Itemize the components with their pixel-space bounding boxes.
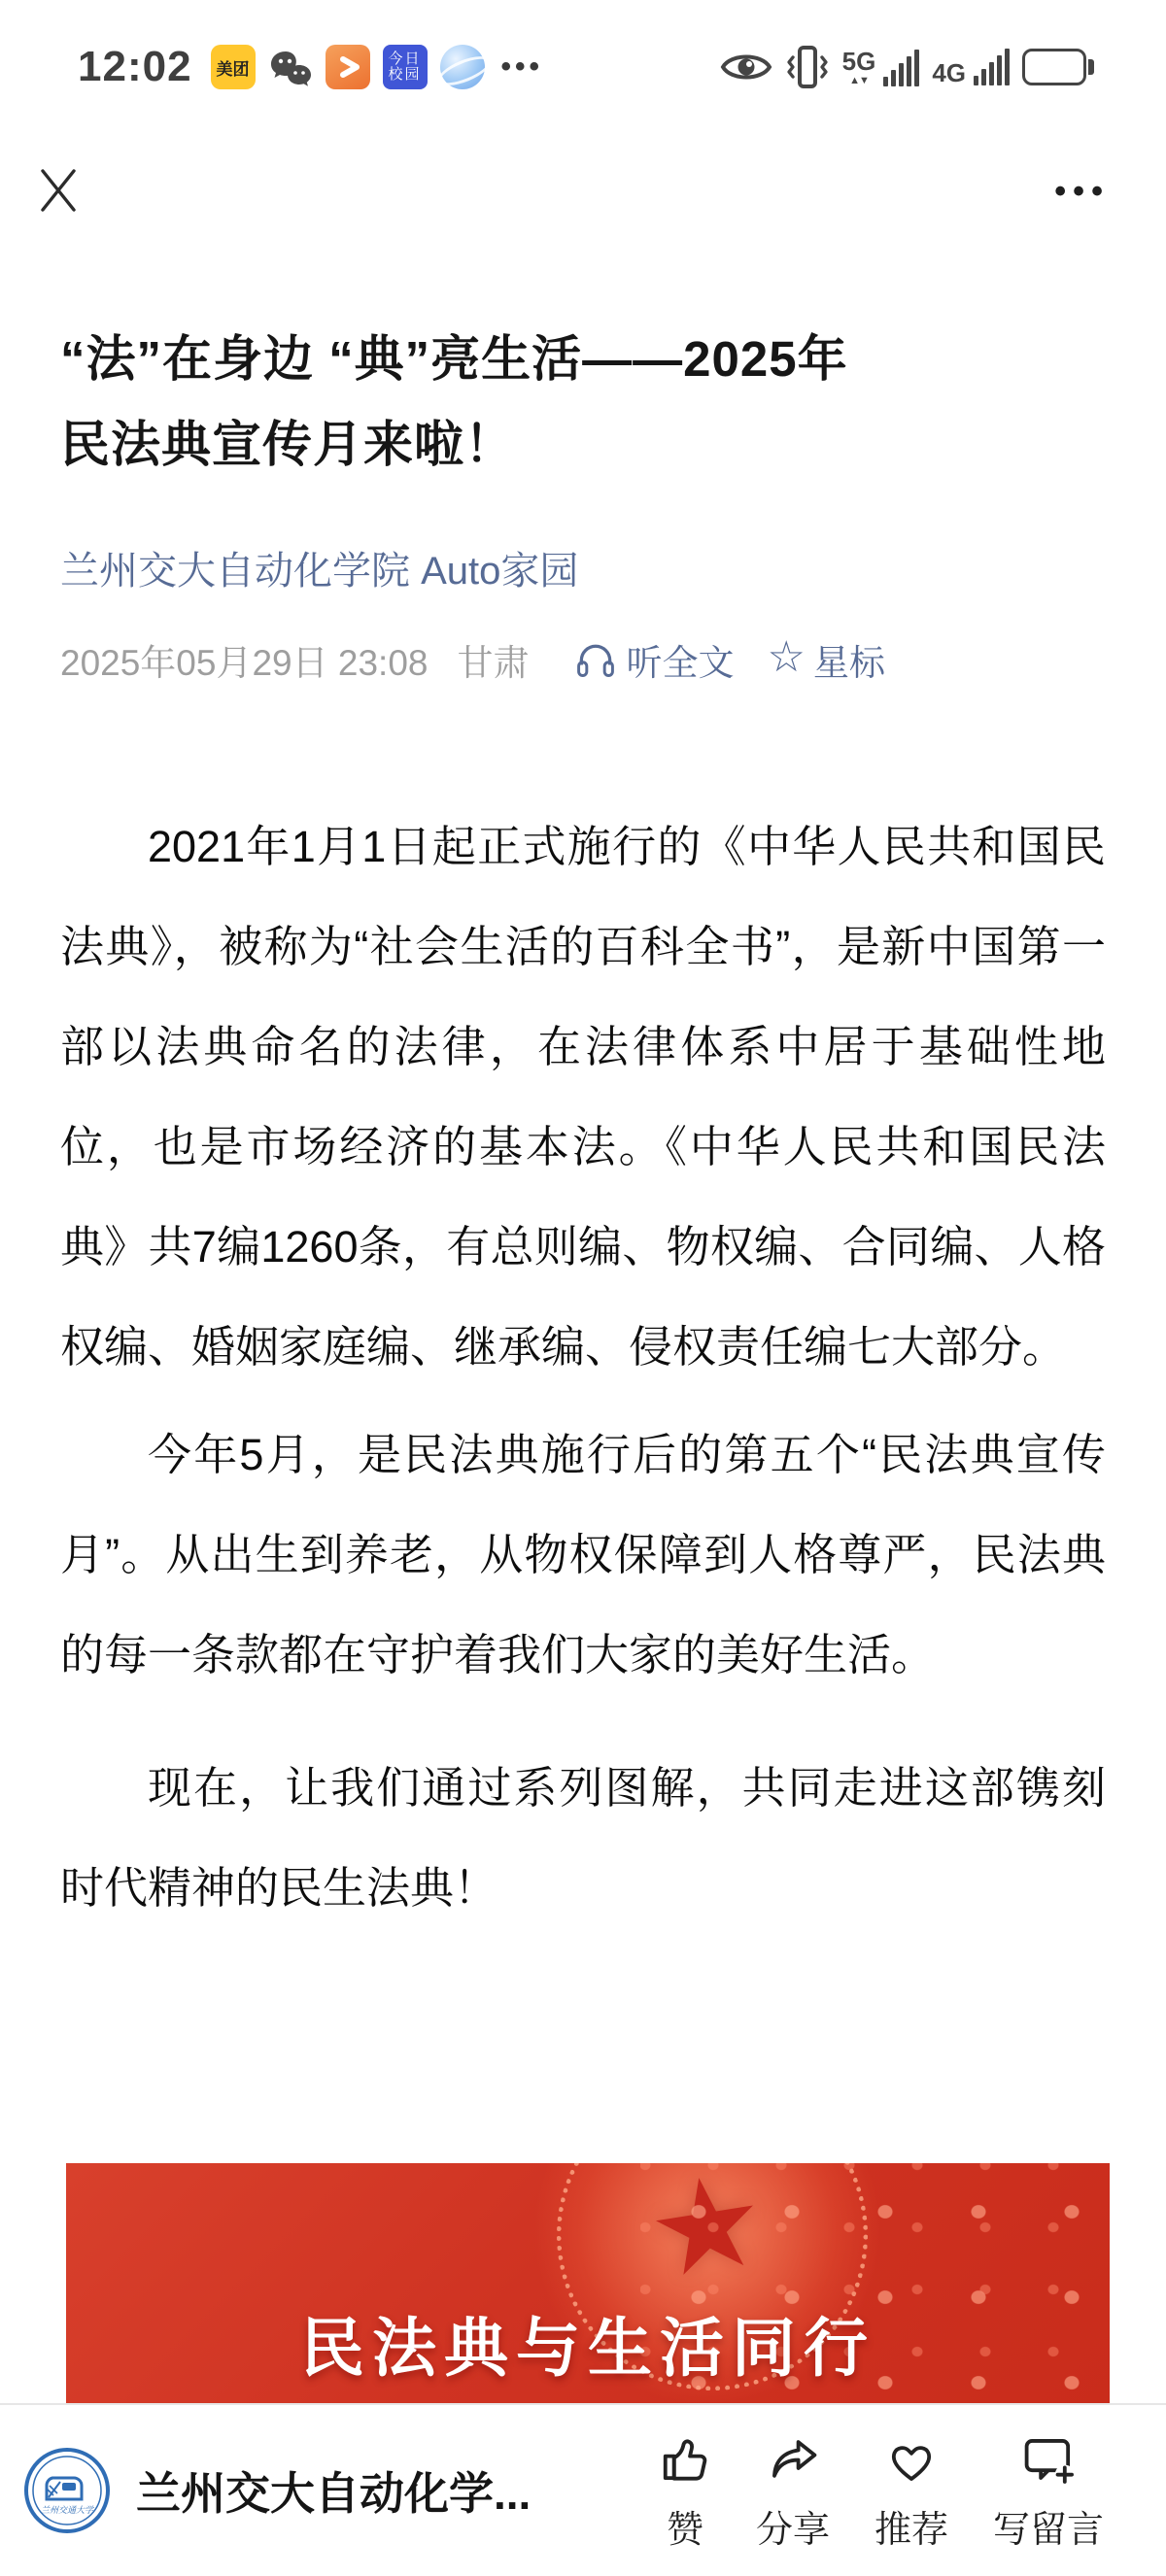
browser-app-icon (440, 45, 485, 89)
network-type-5g: 5G (842, 49, 876, 74)
share-arrow-icon (766, 2429, 820, 2486)
signal-5g: 5G▲▼ (842, 49, 920, 86)
phone-screen: 12:02 美团 今日 校园 (0, 0, 1166, 2576)
network-type-4g: 4G (932, 60, 966, 85)
status-left: 12:02 美团 今日 校园 (78, 43, 543, 91)
listen-label: 听全文 (627, 633, 735, 686)
status-right: 5G▲▼ 4G (720, 42, 1094, 92)
star-icon: ☆ (768, 636, 806, 679)
account-logo[interactable]: 兰州交通大学 (23, 2447, 111, 2534)
publish-date: 2025年05月29日 23:08 (60, 633, 429, 686)
headphones-icon (574, 638, 617, 681)
campus-label-line1: 今日 (389, 51, 422, 67)
star-label: 星标 (813, 633, 885, 686)
recommend-label: 推荐 (874, 2499, 948, 2553)
like-button[interactable]: 赞 (659, 2429, 711, 2553)
share-button[interactable]: 分享 (756, 2429, 830, 2553)
comment-plus-icon (1021, 2429, 1076, 2486)
account-name[interactable]: 兰州交大自动化学... (136, 2458, 531, 2523)
campus-label-line2: 校园 (389, 67, 422, 83)
article-meta: 2025年05月29日 23:08 甘肃 听全文 ☆ 星标 (60, 633, 1106, 686)
footer-bar: 兰州交通大学 兰州交大自动化学... 赞 (0, 2403, 1166, 2576)
heart-icon (884, 2429, 939, 2486)
signal-4g: 4G (932, 49, 1010, 85)
clock-time: 12:02 (78, 43, 192, 91)
recommend-button[interactable]: 推荐 (874, 2429, 948, 2553)
footer-actions: 赞 分享 推荐 (659, 2429, 1104, 2553)
logo-text: 兰州交通大学 (41, 2505, 95, 2515)
video-app-icon (326, 45, 370, 89)
paragraph-1: 2021年1月1日起正式施行的《中华人民共和国民法典》，被称为“社会生活的百科全… (60, 797, 1106, 1397)
more-apps-icon: ••• (501, 51, 544, 84)
close-icon (35, 167, 82, 214)
eye-protection-icon (720, 49, 772, 85)
campus-app-icon: 今日 校园 (383, 45, 428, 89)
banner-image[interactable]: ★ 民法典与生活同行 (66, 2163, 1110, 2404)
paragraph-3: 现在，让我们通过系列图解，共同走进这部镌刻时代精神的民生法典！ (60, 1738, 1106, 1938)
signal-bars-4g-icon (974, 49, 1010, 85)
article-body: 2021年1月1日起正式施行的《中华人民共和国民法典》，被称为“社会生活的百科全… (60, 797, 1106, 1938)
signal-bars-5g-icon (883, 50, 919, 86)
listen-button[interactable]: 听全文 (574, 633, 735, 686)
thumb-up-icon (659, 2429, 711, 2486)
meituan-label: 美团 (217, 55, 250, 80)
share-label: 分享 (756, 2499, 830, 2553)
battery-icon (1022, 49, 1094, 85)
star-button[interactable]: ☆ 星标 (768, 633, 885, 686)
meituan-app-icon: 美团 (211, 45, 256, 89)
data-arrows-icon: ▲▼ (849, 76, 869, 86)
account-link[interactable]: 兰州交大自动化学院 Auto家园 (60, 540, 578, 595)
comment-button[interactable]: 写留言 (993, 2429, 1104, 2553)
like-label: 赞 (667, 2499, 703, 2553)
article-title-line1: “法”在身边 “典”亮生活——2025年 (60, 317, 1106, 402)
article-title: “法”在身边 “典”亮生活——2025年 民法典宣传月来啦！ (60, 317, 1106, 488)
menu-more-button[interactable]: ••• (1054, 173, 1110, 211)
comment-label: 写留言 (993, 2499, 1104, 2553)
paragraph-2: 今年5月，是民法典施行后的第五个“民法典宣传月”。从出生到养老，从物权保障到人格… (60, 1405, 1106, 1705)
article-title-line2: 民法典宣传月来啦！ (60, 402, 1106, 488)
vibrate-mode-icon (785, 42, 830, 92)
publish-location: 甘肃 (458, 633, 530, 686)
banner-caption: 民法典与生活同行 (66, 2296, 1110, 2389)
wechat-app-icon (268, 45, 313, 89)
status-bar: 12:02 美团 今日 校园 (0, 33, 1166, 101)
close-button[interactable] (35, 167, 82, 214)
